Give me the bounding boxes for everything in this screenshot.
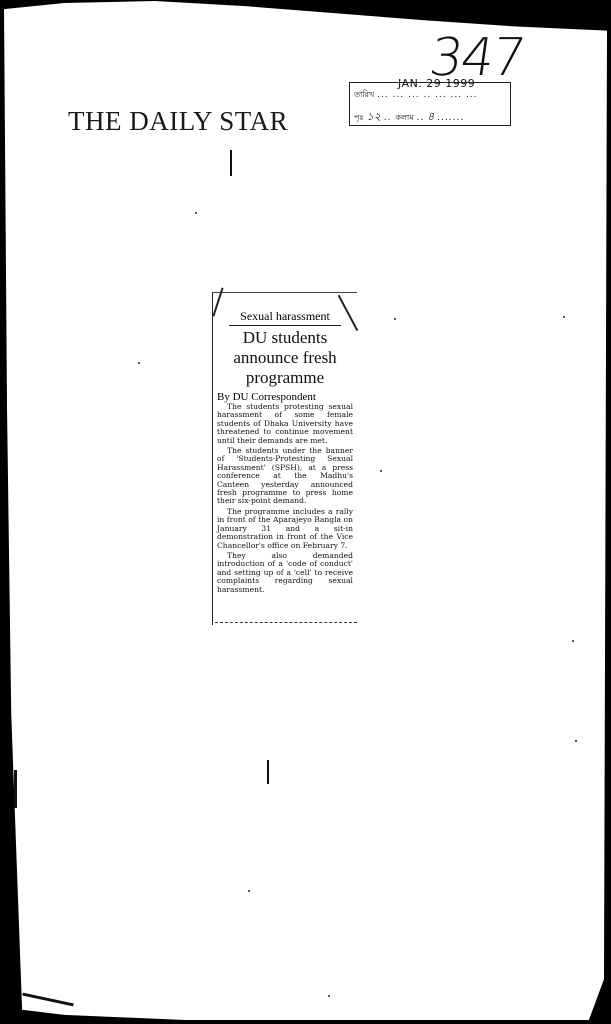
scan-mark — [14, 770, 17, 808]
article-kicker: Sexual harassment — [229, 309, 341, 326]
article-paragraph: The programme includes a rally in front … — [217, 508, 353, 550]
article-clipping: Sexual harassment DU students announce f… — [212, 292, 357, 625]
stamp-dots: .. — [384, 113, 396, 123]
archive-stamp: JAN. 29 1999 তারিখ ... ... ... .. ... ..… — [349, 82, 511, 126]
article-paragraph: The students protesting sexual harassmen… — [217, 403, 353, 445]
stamp-dots: ... ... ... .. ... ... ... — [377, 90, 477, 100]
stamp-page-label: পৃঃ — [354, 113, 364, 122]
scan-speck — [328, 995, 330, 997]
clip-bottom-edge — [215, 622, 357, 623]
article-paragraph: They also demanded introduction of a 'co… — [217, 552, 353, 594]
scan-speck — [248, 890, 250, 892]
stamp-column-value: ৪ — [427, 110, 434, 123]
scan-speck — [195, 212, 197, 214]
clip-edge-mark — [212, 288, 223, 317]
article-body: The students protesting sexual harassmen… — [213, 403, 357, 594]
scan-speck — [138, 362, 140, 364]
scan-speck — [572, 640, 574, 642]
newspaper-masthead: THE DAILY STAR — [68, 106, 288, 137]
stamp-dots: ....... — [437, 113, 464, 123]
scan-speck — [563, 316, 565, 318]
stamp-dots: .. — [417, 113, 425, 123]
article-paragraph: The students under the banner of 'Studen… — [217, 447, 353, 506]
stamp-page-value: ১২ — [367, 110, 381, 123]
scan-speck — [380, 470, 382, 472]
stamp-column-label: কলাম — [395, 113, 413, 122]
scan-speck — [394, 318, 396, 320]
article-headline: DU students announce fresh programme — [213, 328, 357, 388]
scan-mark — [230, 150, 232, 176]
stamp-date-label: তারিখ — [354, 90, 374, 99]
scan-speck — [575, 740, 577, 742]
scan-mark — [267, 760, 269, 784]
